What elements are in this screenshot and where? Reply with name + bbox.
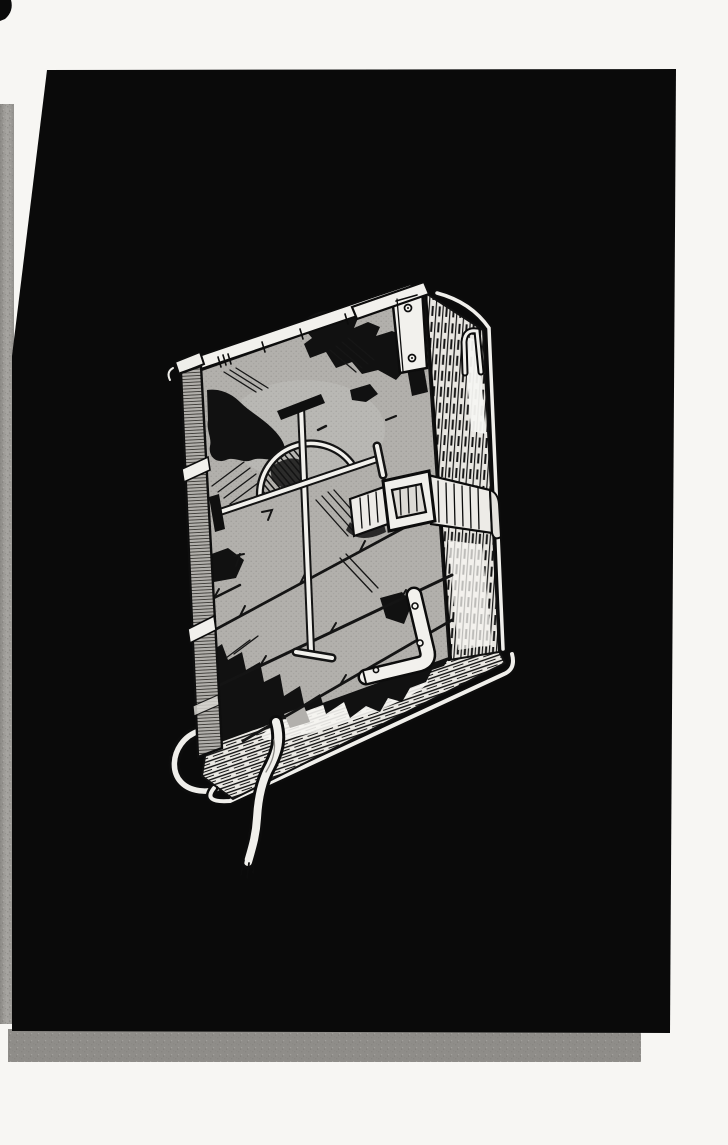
gutter-shadow [0, 104, 14, 1024]
page-canvas [0, 0, 728, 1145]
bottom-shadow [8, 1029, 641, 1062]
cross-foot [296, 652, 332, 658]
scanned-page [0, 0, 728, 1145]
cross-bar-right-serif [377, 446, 383, 475]
rivet [412, 603, 418, 609]
rivet [417, 640, 423, 646]
rivet [373, 667, 378, 672]
